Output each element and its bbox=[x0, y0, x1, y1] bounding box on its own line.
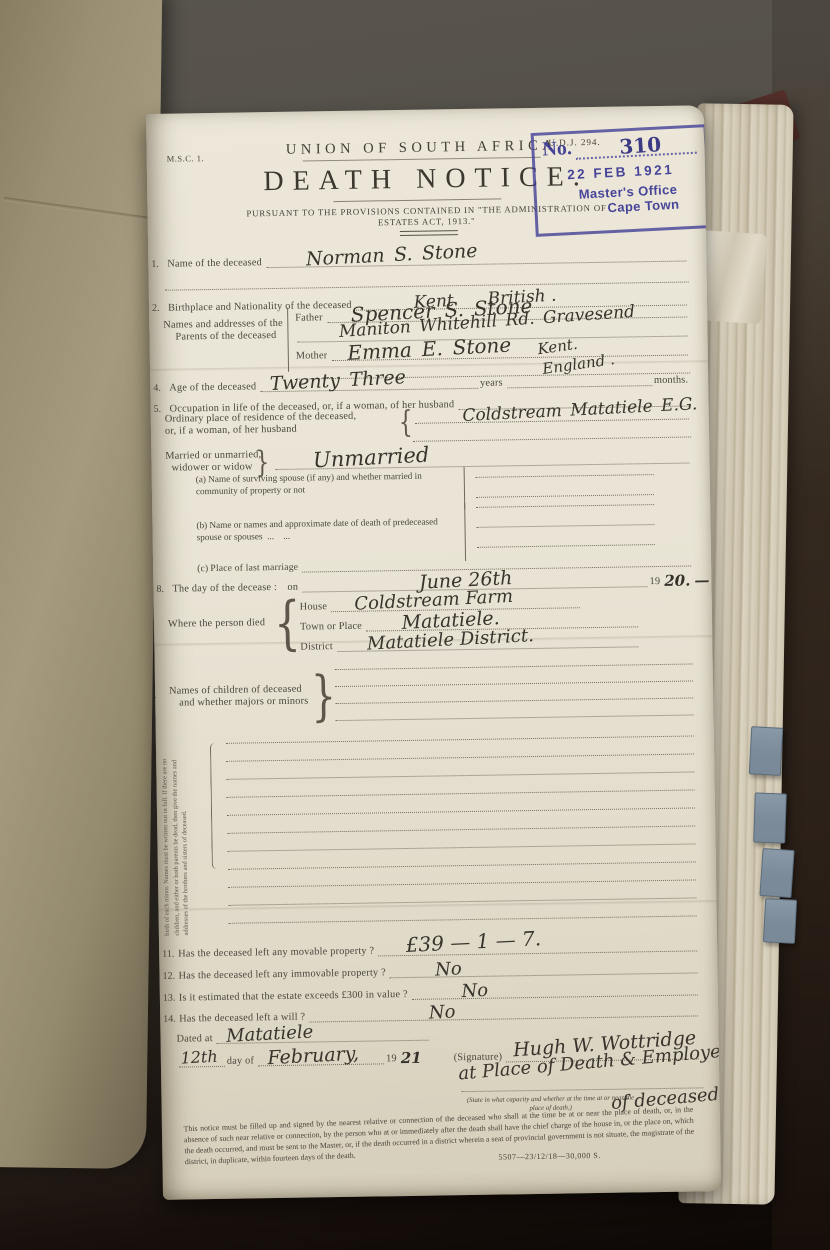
field-label: Father bbox=[295, 312, 325, 323]
brace: } bbox=[311, 669, 337, 723]
field-where-died: 9. Where the person died { House Coldstr… bbox=[154, 589, 713, 664]
blue-tab bbox=[749, 726, 783, 776]
dotted-line: 12th bbox=[179, 1053, 225, 1068]
field-label: Parents of the deceased bbox=[175, 330, 276, 343]
print-code: 5507—23/12/18—30,000 S. bbox=[498, 1151, 601, 1162]
dotted-line bbox=[476, 494, 654, 498]
dotted-line: 310 bbox=[576, 138, 697, 160]
dotted-line bbox=[335, 697, 693, 704]
handwritten-will: No bbox=[428, 1003, 455, 1022]
field-label: and whether majors or minors bbox=[179, 696, 308, 709]
field-label-text: Name of surviving spouse (if any) and wh… bbox=[196, 471, 422, 497]
dotted-line: Emma E. Stone bbox=[331, 342, 688, 362]
handwritten-movable-property: £39 — 1 — 7. bbox=[405, 928, 541, 955]
field-label: District bbox=[300, 641, 335, 653]
stamp-date: 22 FEB 1921 bbox=[543, 161, 698, 184]
field-immovable-property: 12. Has the deceased left any immovable … bbox=[175, 959, 699, 981]
blue-tab bbox=[763, 898, 797, 944]
field-number: 12. bbox=[162, 971, 178, 982]
field-mother: Mother Emma E. Stone bbox=[296, 341, 690, 361]
death-notice-page: M.S.C. 1. UNION OF SOUTH AFRICA. DEATH N… bbox=[146, 105, 721, 1200]
field-number: 1. bbox=[151, 259, 167, 270]
handwritten-month: February, bbox=[267, 1045, 359, 1069]
dotted-line: Twenty Three bbox=[260, 375, 478, 392]
field-district: District Matatiele District. bbox=[300, 633, 640, 652]
field-letter: (b) bbox=[196, 520, 207, 530]
dotted-line bbox=[477, 524, 655, 528]
year-prefix: 19 bbox=[386, 1053, 399, 1064]
field-label: (b) Name or names and approximate date o… bbox=[196, 515, 452, 544]
dotted-line: Norman S. Stone bbox=[266, 248, 687, 269]
dotted-line bbox=[507, 372, 652, 388]
field-label: Married or unmarried, bbox=[165, 449, 261, 462]
field-number: 8. bbox=[156, 584, 172, 595]
blue-tab bbox=[759, 848, 794, 898]
marginal-instruction-note: birth of each minor. Names must be writt… bbox=[160, 735, 207, 936]
field-label: Names of children of deceased bbox=[169, 684, 302, 697]
field-label-text: Name or names and approximate date of de… bbox=[197, 516, 438, 542]
field-label: Town or Place bbox=[300, 621, 364, 633]
years-label: years bbox=[480, 377, 505, 388]
field-label: House bbox=[300, 601, 329, 612]
field-estate-value: 13. Is it estimated that the estate exce… bbox=[176, 981, 700, 1003]
dotted-line bbox=[335, 680, 693, 687]
field-label: Age of the deceased bbox=[169, 381, 258, 393]
handwritten-year: 20. bbox=[664, 574, 690, 589]
masters-office-stamp: No. 310 22 FEB 1921 Master's Office Cape… bbox=[531, 124, 712, 237]
field-label: Ordinary place of residence of the decea… bbox=[165, 411, 357, 425]
field-label: Mother bbox=[296, 350, 330, 362]
field-label: or, if a woman, of her husband bbox=[165, 424, 297, 437]
bracket-line bbox=[287, 308, 289, 372]
field-label: Has the deceased left any immovable prop… bbox=[178, 967, 387, 981]
bracket-line bbox=[464, 503, 466, 561]
brace: { bbox=[399, 408, 413, 438]
field-will: 14. Has the deceased left a will ? No bbox=[176, 1002, 700, 1024]
field-label: Has the deceased left any movable proper… bbox=[178, 945, 376, 959]
dotted-line bbox=[335, 663, 693, 670]
day-of-label: day of bbox=[227, 1055, 256, 1066]
field-name-of-deceased: 1. Name of the deceased Norman S. Stone bbox=[164, 248, 688, 270]
handwritten-day: 12th bbox=[180, 1049, 218, 1067]
field-label: (a) Name of surviving spouse (if any) an… bbox=[196, 469, 452, 498]
field-movable-property: 11. Has the deceased left any movable pr… bbox=[175, 937, 699, 959]
death-notice-form: M.S.C. 1. UNION OF SOUTH AFRICA. DEATH N… bbox=[146, 105, 721, 1200]
stamp-number-row: No. 310 bbox=[542, 131, 697, 162]
page-crease bbox=[150, 360, 708, 372]
bracket-line bbox=[210, 743, 219, 869]
field-label: Names and addresses of the bbox=[163, 318, 283, 331]
field-label: Dated at bbox=[176, 1033, 214, 1045]
dotted-line bbox=[336, 714, 694, 721]
dotted-line bbox=[165, 281, 689, 290]
page-crease bbox=[4, 197, 153, 221]
stamp-no-label: No. bbox=[542, 137, 573, 161]
dotted-line bbox=[476, 504, 654, 508]
field-label: Name of the deceased bbox=[167, 257, 264, 270]
left-folded-page bbox=[0, 0, 162, 1169]
field-number: 14. bbox=[163, 1014, 179, 1025]
rule-line bbox=[400, 230, 458, 236]
handwritten-year: 21 bbox=[401, 1051, 422, 1066]
field-number: 2. bbox=[152, 303, 168, 314]
stamp-office-line2: Cape Town bbox=[607, 196, 700, 216]
handwritten-margin-mark: — bbox=[694, 573, 709, 588]
field-letter: (a) bbox=[196, 474, 206, 484]
field-dated-at: Dated at Matatiele bbox=[176, 1027, 430, 1045]
field-label: Is it estimated that the estate exceeds … bbox=[179, 989, 410, 1004]
field-residence-line1: Coldstream Matatiele E.G. bbox=[413, 405, 691, 423]
dotted-line: Coldstream Matatiele E.G. bbox=[415, 406, 689, 424]
field-number: 4. bbox=[153, 383, 169, 394]
months-label: months. bbox=[654, 374, 690, 386]
handwritten-dated-place: Matatiele bbox=[226, 1023, 314, 1045]
stamp-number-handwritten: 310 bbox=[619, 132, 662, 159]
handwritten-mother: Emma E. Stone bbox=[346, 335, 511, 363]
field-label: Where the person died bbox=[168, 617, 265, 630]
year-prefix: 19 bbox=[650, 576, 663, 587]
dotted-line: Matatiele District. bbox=[337, 633, 639, 652]
handwritten-name: Norman S. Stone bbox=[305, 242, 477, 270]
field-children: 10. Names of children of deceased and wh… bbox=[155, 661, 714, 730]
brace: { bbox=[274, 594, 301, 652]
field-letter: (c) bbox=[197, 563, 210, 574]
field-number: 11. bbox=[162, 949, 178, 960]
dotted-line bbox=[476, 474, 654, 478]
handwritten-age: Twenty Three bbox=[269, 368, 406, 394]
field-label: Place of last marriage bbox=[210, 562, 300, 574]
handwritten-immovable-property: No bbox=[435, 960, 462, 979]
dotted-line bbox=[477, 544, 655, 548]
dotted-line: February, bbox=[258, 1050, 384, 1066]
rule-line bbox=[333, 198, 501, 202]
field-number: 13. bbox=[163, 993, 179, 1004]
dotted-line: Matatiele bbox=[217, 1027, 429, 1044]
blue-tab bbox=[753, 792, 787, 843]
handwritten-estate-value: No bbox=[461, 982, 488, 1001]
